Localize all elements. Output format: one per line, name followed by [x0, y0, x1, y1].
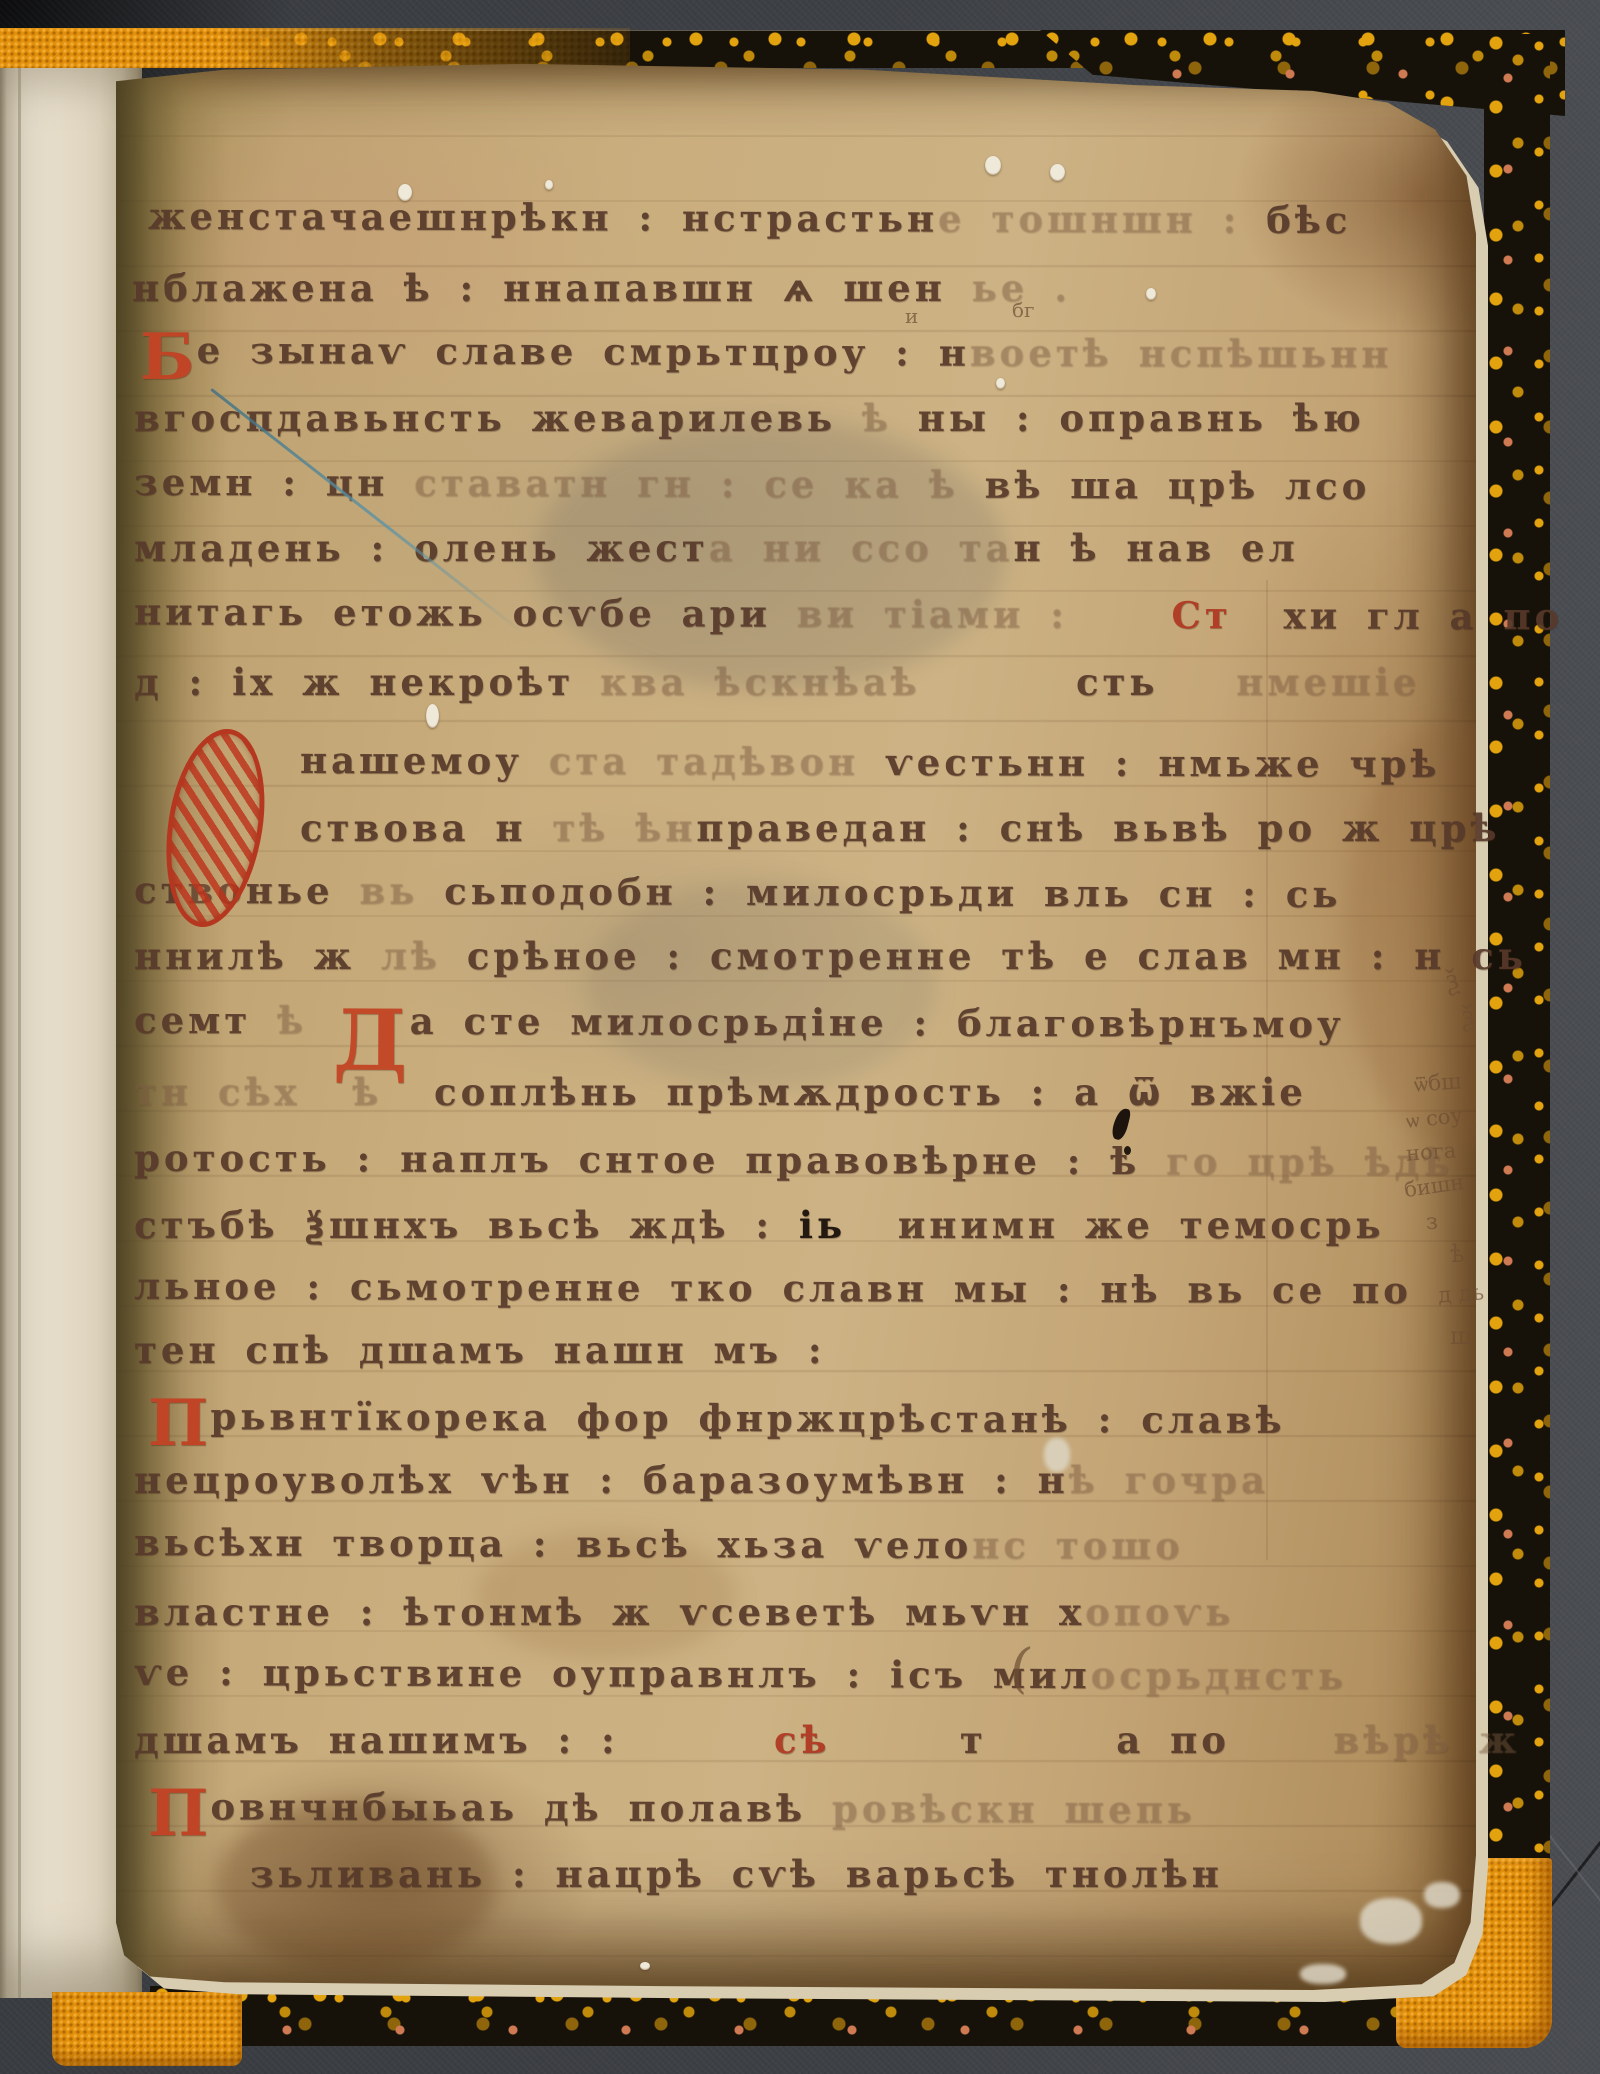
stain: [586, 880, 936, 1090]
marbled-cover-right-strip: [1484, 34, 1550, 2008]
vertical-crease: [1266, 580, 1268, 1560]
photo-stage: Bound parchment manuscript page with Old…: [0, 0, 1600, 2074]
table-seam: [1546, 1832, 1600, 2070]
gutter-shadow: [116, 60, 236, 1990]
stain: [536, 420, 1006, 690]
stain: [216, 1800, 496, 1970]
stain: [476, 1530, 736, 1660]
orange-cloth-bottom-left-corner: [52, 1992, 242, 2066]
orange-cloth-top-edge: [0, 28, 630, 68]
parchment-page: [116, 60, 1476, 1990]
